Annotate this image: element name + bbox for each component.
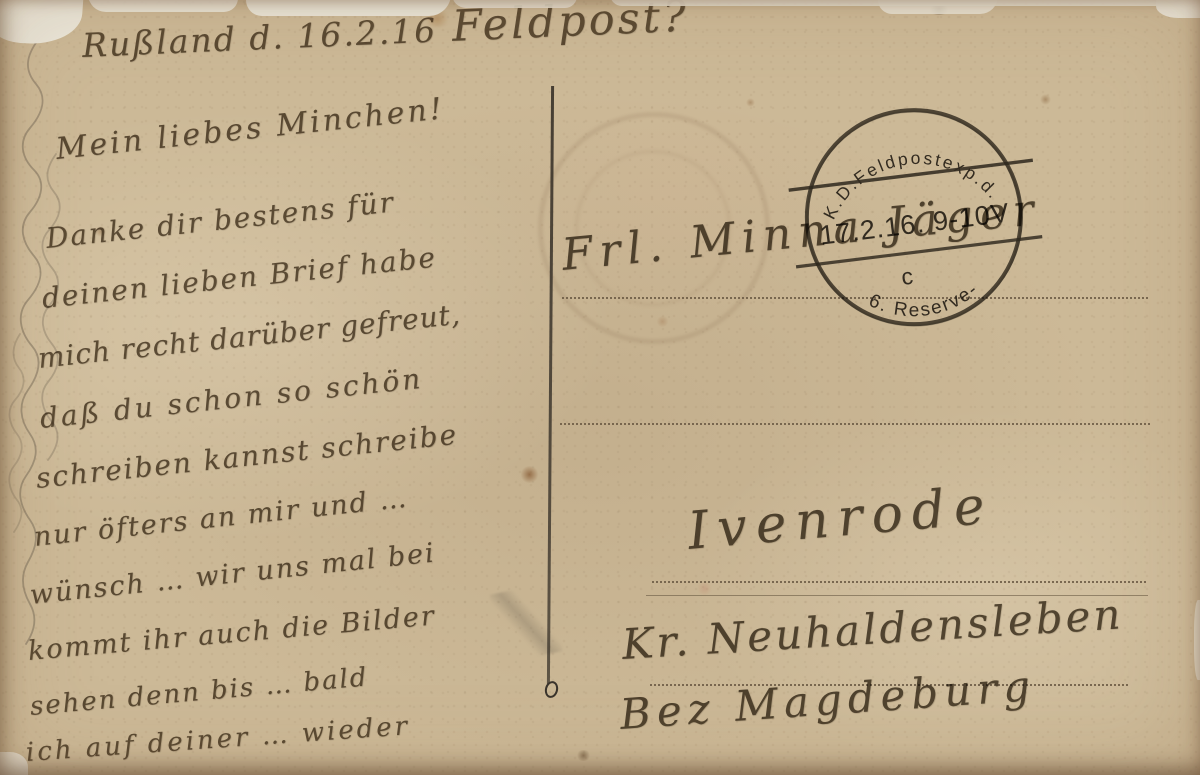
address-region: Bez Magdeburg: [618, 661, 1037, 739]
divider-line: [547, 86, 554, 684]
address-rule-2: [560, 423, 1150, 425]
header-line: Rußland d. 16.2.16 Feldpost?: [81, 0, 690, 68]
header-feldpost: Feldpost?: [451, 0, 690, 52]
postmark-stamp: K.D.Feldpostexp.d. 17.2.16. 9-10V c 6. R…: [786, 89, 1045, 348]
age-stain: [746, 98, 755, 107]
age-stain: [576, 750, 591, 761]
ink-smudge: [928, 3, 950, 15]
message-line: ich auf deiner … wieder: [25, 711, 411, 768]
age-stain: [1040, 94, 1051, 105]
paper-damage-top: [88, 0, 238, 12]
paper-damage-top: [610, 0, 1170, 6]
message-line: sehen denn bis … bald: [29, 662, 370, 721]
message-line: Danke dir bestens für: [44, 185, 396, 254]
message-greeting: Mein liebes Minchen!: [54, 91, 446, 167]
paper-damage-corner-tr: [1156, 0, 1200, 18]
paper-damage-corner-bl: [0, 752, 28, 775]
paper-damage-corner-tl: [0, 0, 84, 47]
age-stain: [656, 316, 669, 327]
pencil-smudge: [489, 583, 562, 664]
message-line: nur öfters an mir und …: [32, 483, 409, 553]
paper-damage-top: [878, 0, 998, 14]
age-stain: [696, 582, 713, 595]
age-stain: [520, 466, 539, 483]
postmark-code-letter: c: [900, 263, 915, 290]
message-line: kommt ihr auch die Bilder: [27, 600, 437, 667]
message-line: wünsch … wir uns mal bei: [28, 537, 437, 610]
postcard-paper: Rußland d. 16.2.16 Feldpost? Mein liebes…: [0, 0, 1200, 775]
header-origin: Rußland d. 16.2.16: [81, 11, 438, 65]
divider-line-end-loop: [543, 680, 560, 700]
postcard-scan: Rußland d. 16.2.16 Feldpost? Mein liebes…: [0, 0, 1200, 775]
address-district: Kr. Neuhaldensleben: [621, 589, 1125, 669]
address-village: Ivenrode: [685, 475, 995, 561]
message-line: daß du schon so schön: [38, 362, 424, 435]
paper-damage-right-edge: [1194, 600, 1200, 680]
message-line: deinen lieben Brief habe: [40, 241, 438, 315]
address-rule-3: [652, 581, 1146, 583]
